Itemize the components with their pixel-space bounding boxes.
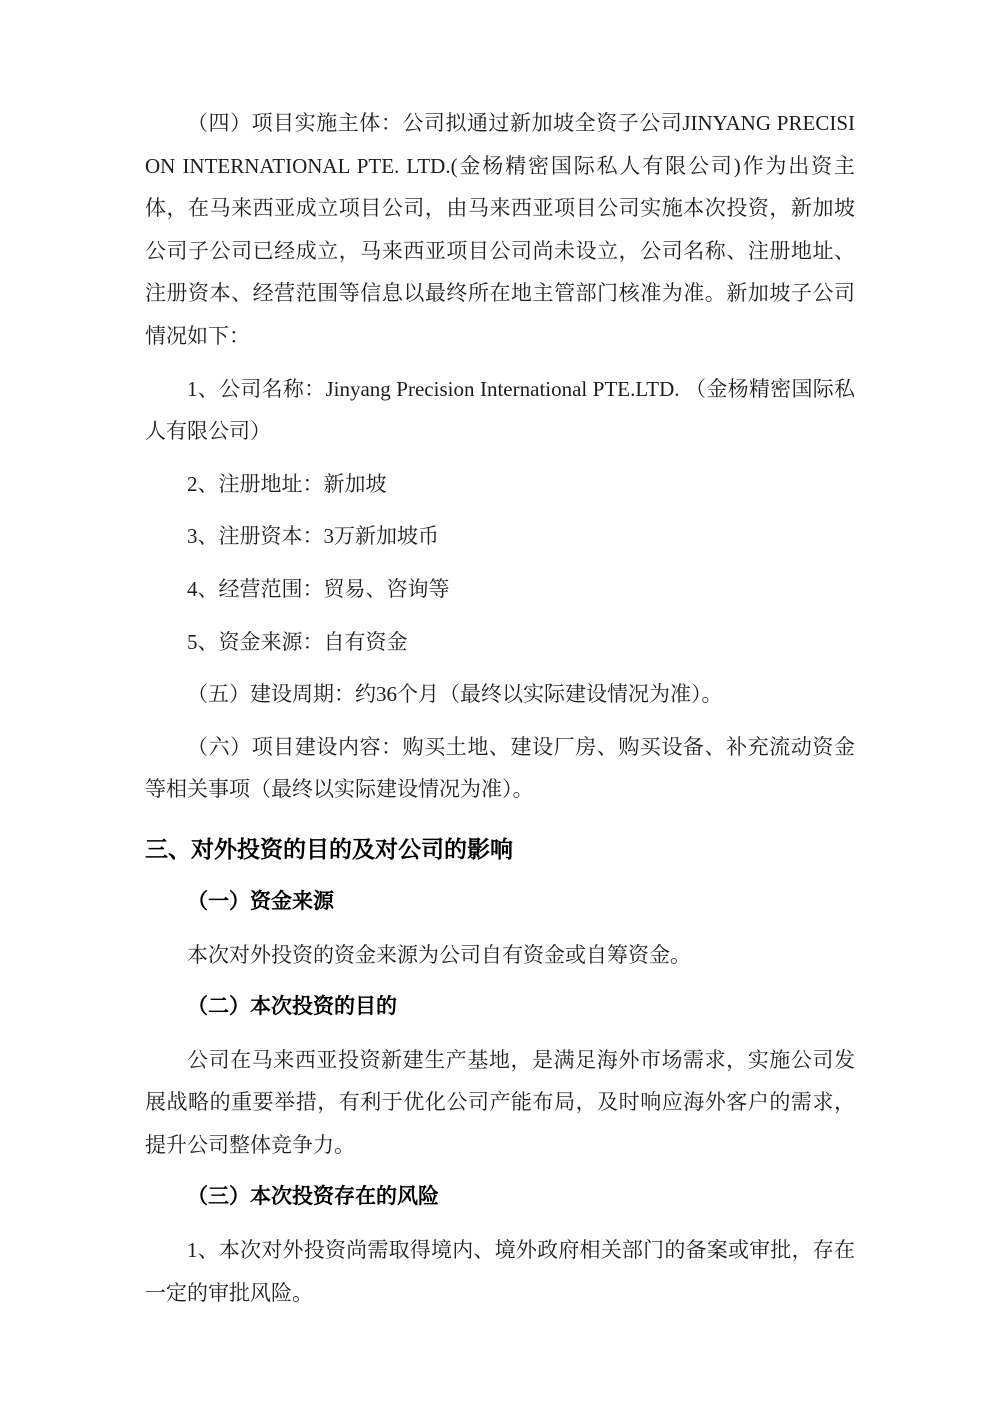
paragraph-construction-content: （六）项目建设内容：购买土地、建设厂房、购买设备、补充流动资金等相关事项（最终以… [145, 726, 855, 811]
section-heading-investment-purpose-impact: 三、对外投资的目的及对公司的影响 [145, 828, 855, 871]
paragraph-investment-risks: 1、本次对外投资尚需取得境内、境外政府相关部门的备案或审批，存在一定的审批风险。 [145, 1229, 855, 1314]
subsection-heading-investment-purpose: （二）本次投资的目的 [145, 986, 855, 1029]
list-item-business-scope: 4、经营范围：贸易、咨询等 [145, 568, 855, 611]
paragraph-funding-source: 本次对外投资的资金来源为公司自有资金或自筹资金。 [145, 934, 855, 977]
paragraph-construction-period: （五）建设周期：约36个月（最终以实际建设情况为准）。 [145, 673, 855, 716]
paragraph-investment-purpose: 公司在马来西亚投资新建生产基地，是满足海外市场需求，实施公司发展战略的重要举措，… [145, 1039, 855, 1167]
subsection-heading-investment-risks: （三）本次投资存在的风险 [145, 1176, 855, 1219]
paragraph-project-entity: （四）项目实施主体：公司拟通过新加坡全资子公司JINYANG PRECISION… [145, 102, 855, 358]
list-item-registered-capital: 3、注册资本：3万新加坡币 [145, 515, 855, 558]
document-page: （四）项目实施主体：公司拟通过新加坡全资子公司JINYANG PRECISION… [0, 0, 1000, 1414]
subsection-heading-funding-source: （一）资金来源 [145, 881, 855, 924]
list-item-funding-source: 5、资金来源：自有资金 [145, 621, 855, 664]
list-item-registered-address: 2、注册地址：新加坡 [145, 463, 855, 506]
list-item-company-name: 1、公司名称：Jinyang Precision International P… [145, 368, 855, 453]
